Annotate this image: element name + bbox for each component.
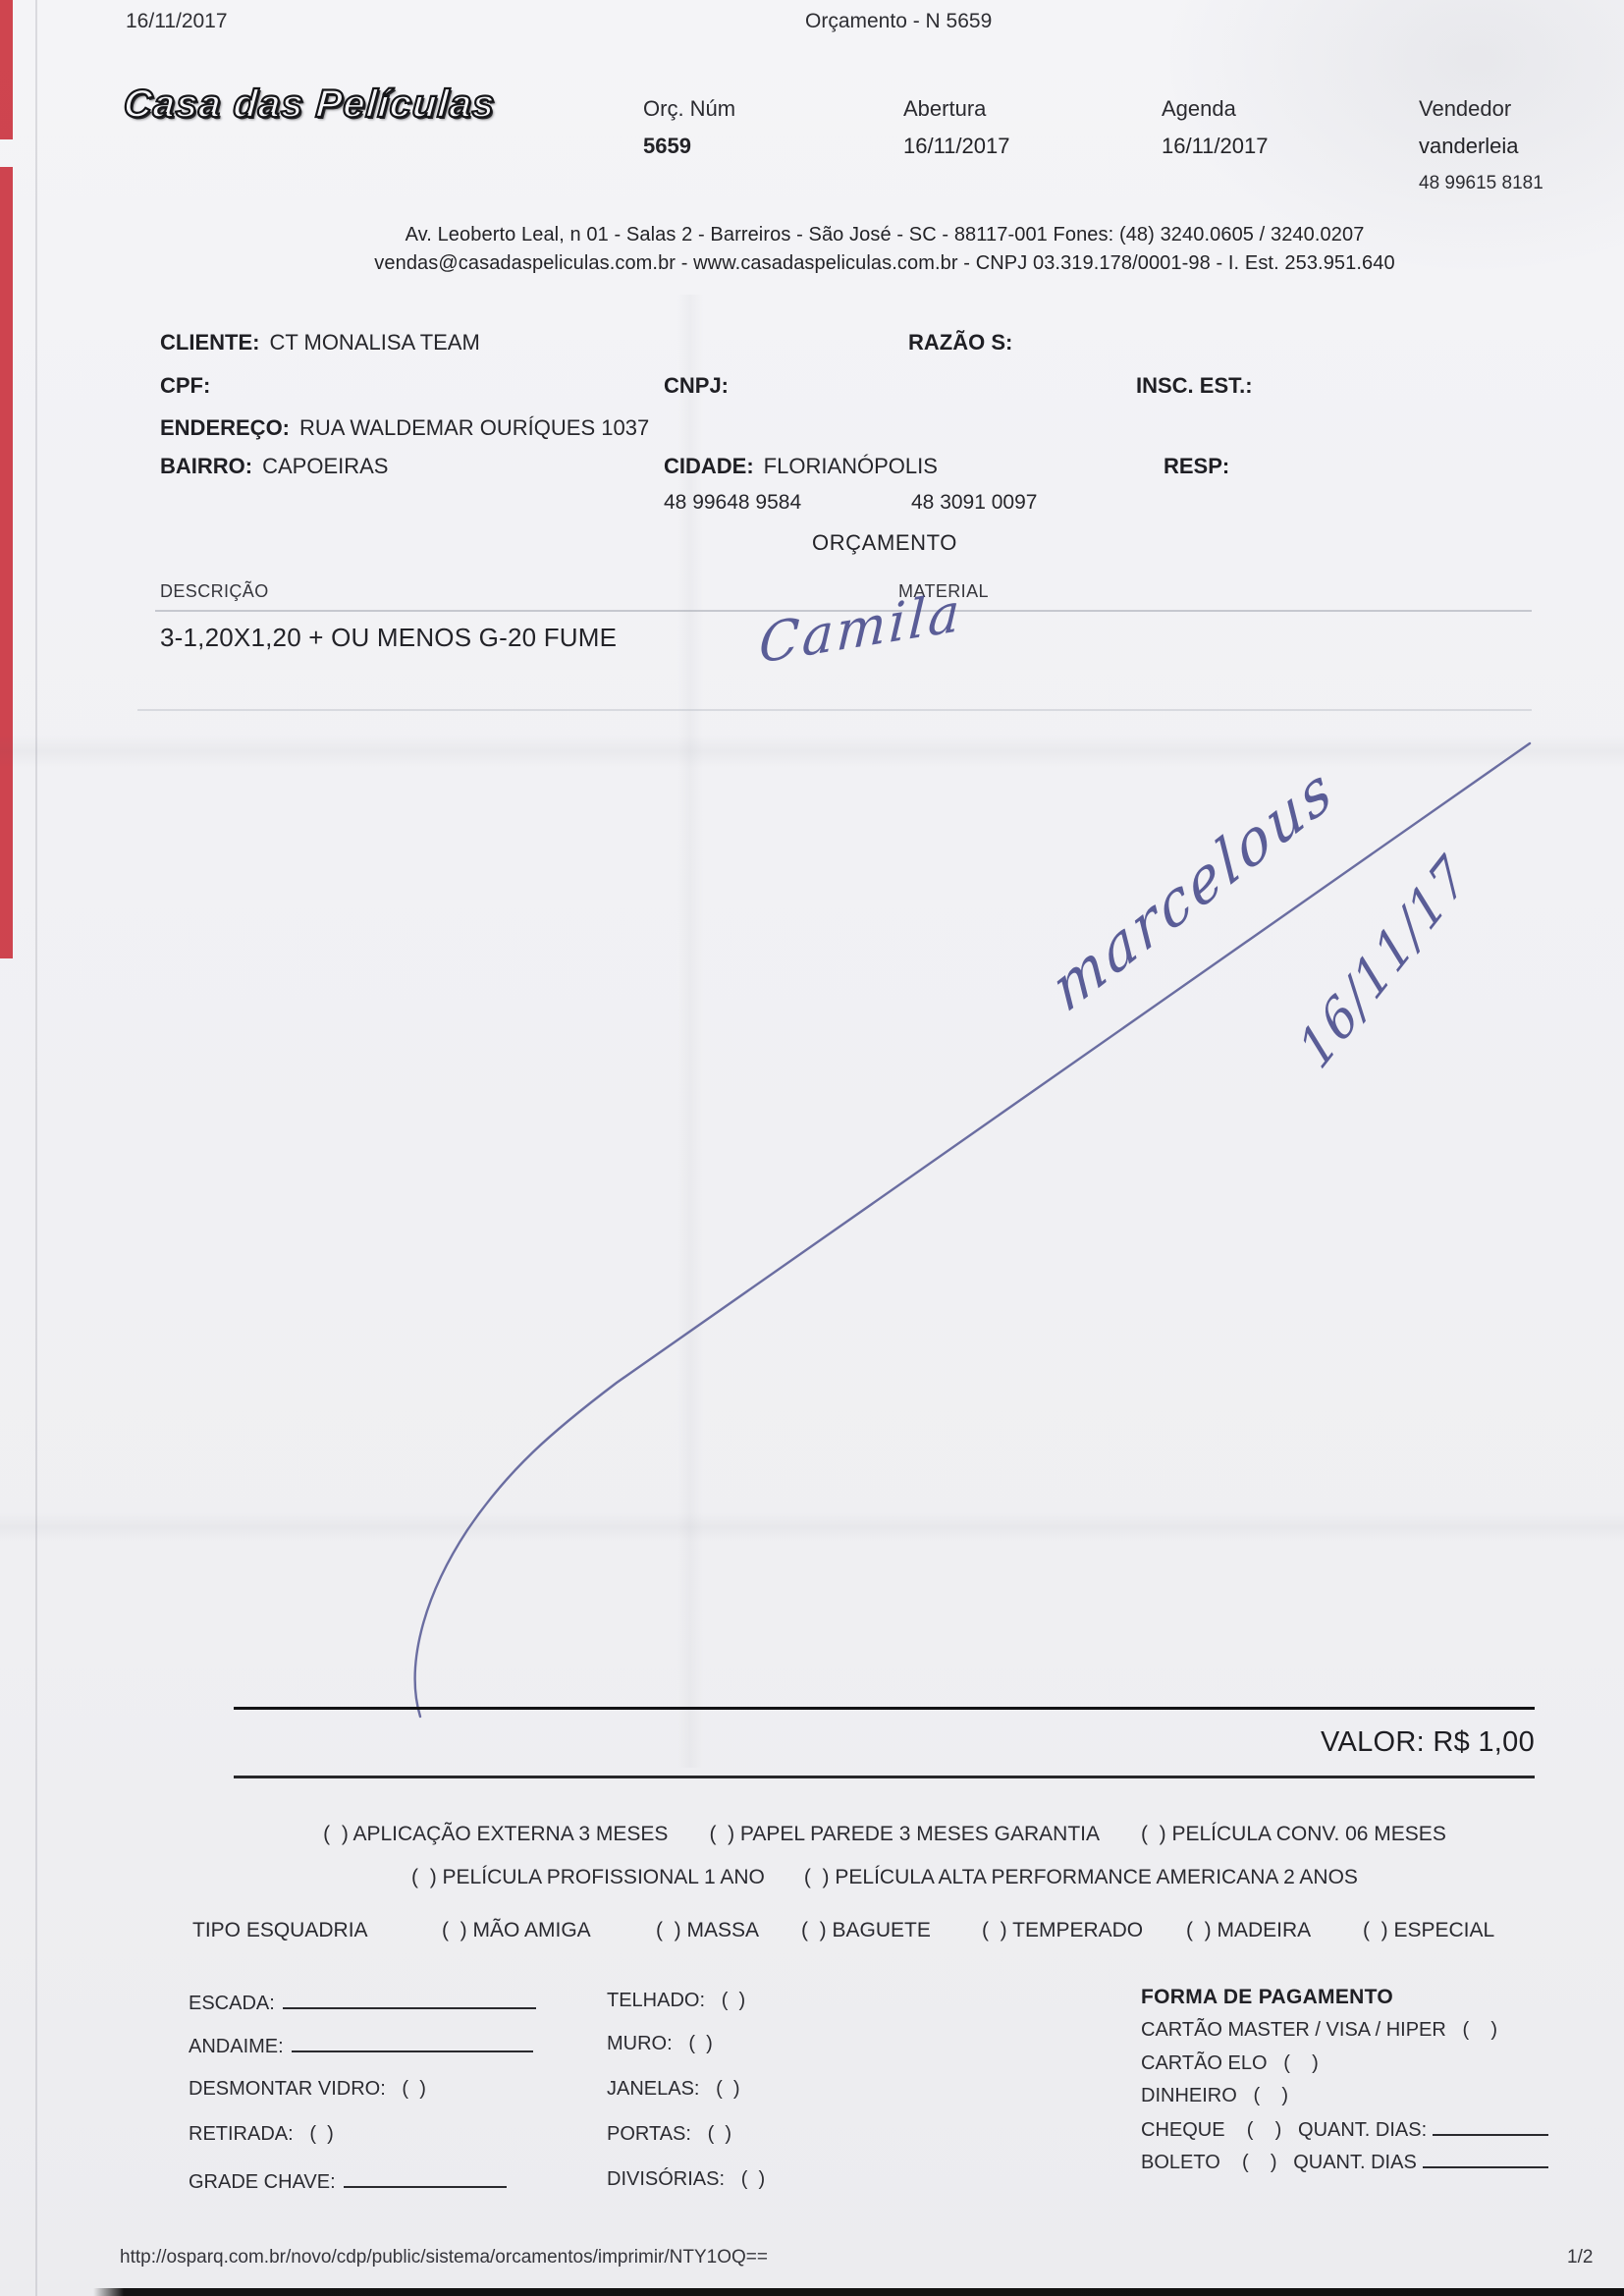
blank-line	[283, 1990, 536, 2009]
checklist-item-portas: PORTAS: ( )	[607, 2123, 731, 2146]
bairro-label: BAIRRO:	[160, 454, 252, 479]
order-num-value: 5659	[643, 134, 691, 159]
client-phone-2: 48 3091 0097	[911, 491, 1037, 515]
esquadria-label: TIPO ESQUADRIA	[192, 1919, 368, 1942]
bairro-value: CAPOEIRAS	[262, 454, 388, 479]
checklist-item-escada: ESCADA:	[189, 1990, 536, 2015]
paper-crease	[0, 735, 1624, 768]
endereco-value: RUA WALDEMAR OURÍQUES 1037	[299, 415, 649, 441]
blank-line	[292, 2033, 533, 2052]
checklist-label: DESMONTAR VIDRO: ( )	[189, 2078, 426, 2100]
cidade-row: CIDADE: FLORIANÓPOLIS	[664, 454, 938, 479]
payment-option-cartao-elo: CARTÃO ELO ( )	[1141, 2052, 1319, 2075]
description-text: 3-1,20X1,20 + OU MENOS G-20 FUME	[160, 623, 617, 653]
company-address-line: Av. Leoberto Leal, n 01 - Salas 2 - Barr…	[236, 224, 1534, 246]
checklist-label: ANDAIME:	[189, 2036, 284, 2057]
checklist-item-janelas: JANELAS: ( )	[607, 2078, 740, 2101]
payment-option-cartao-master: CARTÃO MASTER / VISA / HIPER ( )	[1141, 2019, 1497, 2042]
vendedor-phone: 48 99615 8181	[1419, 173, 1543, 194]
cidade-label: CIDADE:	[664, 454, 754, 479]
warranty-option: ( ) PELÍCULA ALTA PERFORMANCE AMERICANA …	[804, 1866, 1358, 1889]
esquadria-option: ( ) MADEIRA	[1186, 1919, 1311, 1942]
warranty-option: ( ) PELÍCULA PROFISSIONAL 1 ANO	[411, 1866, 765, 1889]
order-num-label: Orç. Núm	[643, 96, 735, 122]
table-row-rule	[137, 709, 1532, 711]
material-handwritten-signature: Camila	[758, 580, 964, 676]
checklist-item-grade-chave: GRADE CHAVE:	[189, 2168, 507, 2194]
agenda-label: Agenda	[1162, 96, 1236, 122]
abertura-label: Abertura	[903, 96, 986, 122]
cidade-value: FLORIANÓPOLIS	[764, 454, 938, 479]
resp-label: RESP:	[1164, 454, 1229, 479]
checklist-item-retirada: RETIRADA: ( )	[189, 2123, 334, 2146]
paper-crease	[0, 1512, 1624, 1542]
section-title-orcamento: ORÇAMENTO	[236, 530, 1534, 556]
client-phone-1: 48 99648 9584	[664, 491, 801, 515]
descricao-column-header: DESCRIÇÃO	[160, 581, 269, 602]
company-logo: Casa das Películas	[122, 82, 496, 127]
payment-label: BOLETO ( ) QUANT. DIAS	[1141, 2152, 1417, 2173]
company-contact-line: vendas@casadaspeliculas.com.br - www.cas…	[236, 252, 1534, 275]
blank-line	[344, 2168, 507, 2188]
checklist-item-muro: MURO: ( )	[607, 2033, 713, 2055]
checklist-label: ESCADA:	[189, 1993, 275, 2014]
checklist-item-andaime: ANDAIME:	[189, 2033, 533, 2058]
scanned-document-page: 16/11/2017 Orçamento - N 5659 Casa das P…	[0, 0, 1624, 2296]
footer-url: http://osparq.com.br/novo/cdp/public/sis…	[120, 2247, 768, 2269]
endereco-label: ENDEREÇO:	[160, 415, 290, 441]
vendedor-label: Vendedor	[1419, 96, 1511, 122]
agenda-value: 16/11/2017	[1162, 134, 1268, 159]
checklist-item-desmontar-vidro: DESMONTAR VIDRO: ( )	[189, 2078, 426, 2101]
paper-edge-shadow	[35, 0, 37, 2296]
insc-est-label: INSC. EST.:	[1136, 373, 1253, 399]
esquadria-option: ( ) TEMPERADO	[982, 1919, 1143, 1942]
cliente-row: CLIENTE: CT MONALISA TEAM	[160, 330, 480, 355]
warranty-row-1: ( ) APLICAÇÃO EXTERNA 3 MESES ( ) PAPEL …	[236, 1823, 1534, 1846]
bairro-row: BAIRRO: CAPOEIRAS	[160, 454, 388, 479]
print-header-title: Orçamento - N 5659	[805, 10, 992, 33]
warranty-row-2: ( ) PELÍCULA PROFISSIONAL 1 ANO ( ) PELÍ…	[236, 1866, 1534, 1889]
payment-label: CHEQUE ( ) QUANT. DIAS:	[1141, 2119, 1427, 2141]
checklist-label: GRADE CHAVE:	[189, 2171, 336, 2193]
razao-label: RAZÃO S:	[908, 330, 1012, 355]
payment-section-title: FORMA DE PAGAMENTO	[1141, 1986, 1393, 2009]
esquadria-option: ( ) ESPECIAL	[1363, 1919, 1494, 1942]
payment-option-dinheiro: DINHEIRO ( )	[1141, 2085, 1288, 2107]
blank-line	[1423, 2149, 1548, 2168]
handwritten-date: 16/11/17	[1289, 844, 1480, 1081]
valor-rule-bottom	[234, 1776, 1535, 1778]
checklist-label: RETIRADA: ( )	[189, 2123, 334, 2145]
payment-option-cheque: CHEQUE ( ) QUANT. DIAS:	[1141, 2116, 1548, 2142]
scan-artifact-red-strip	[0, 167, 13, 958]
valor-text: VALOR: R$ 1,00	[234, 1726, 1535, 1759]
footer-page-number: 1/2	[1567, 2247, 1593, 2269]
warranty-option: ( ) APLICAÇÃO EXTERNA 3 MESES	[323, 1823, 668, 1846]
scan-artifact-bottom-band	[93, 2288, 1624, 2296]
blank-line	[1433, 2116, 1548, 2136]
checklist-item-telhado: TELHADO: ( )	[607, 1990, 745, 2012]
handwritten-name: marcelous	[1044, 750, 1344, 1027]
print-header-date: 16/11/2017	[126, 10, 228, 33]
scan-artifact-red-strip-top	[0, 0, 13, 139]
esquadria-option: ( ) MÃO AMIGA	[442, 1919, 591, 1942]
esquadria-option: ( ) MASSA	[656, 1919, 759, 1942]
warranty-option: ( ) PAPEL PAREDE 3 MESES GARANTIA	[709, 1823, 1100, 1846]
checklist-item-divisorias: DIVISÓRIAS: ( )	[607, 2168, 765, 2191]
warranty-option: ( ) PELÍCULA CONV. 06 MESES	[1141, 1823, 1446, 1846]
cpf-label: CPF:	[160, 373, 210, 399]
cnpj-label: CNPJ:	[664, 373, 729, 399]
cliente-label: CLIENTE:	[160, 330, 259, 355]
abertura-value: 16/11/2017	[903, 134, 1009, 159]
endereco-row: ENDEREÇO: RUA WALDEMAR OURÍQUES 1037	[160, 415, 649, 441]
esquadria-option: ( ) BAGUETE	[801, 1919, 931, 1942]
payment-option-boleto: BOLETO ( ) QUANT. DIAS	[1141, 2149, 1548, 2174]
valor-rule-top	[234, 1707, 1535, 1710]
cliente-value: CT MONALISA TEAM	[269, 330, 479, 355]
vendedor-value: vanderleia	[1419, 134, 1519, 159]
paper-crease	[677, 295, 703, 1768]
